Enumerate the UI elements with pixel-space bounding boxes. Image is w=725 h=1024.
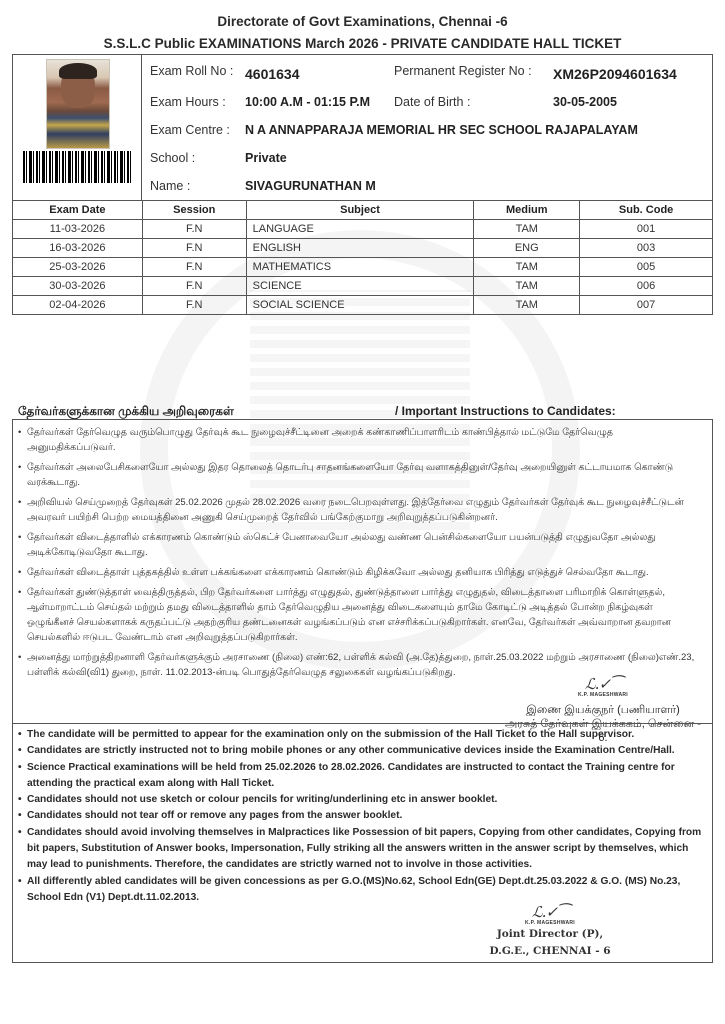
sub-code: 005: [580, 258, 713, 277]
tamil-instructions-list: தேர்வர்கள் தேர்வெழுத வரும்பொழுது தேர்வுக…: [13, 420, 712, 680]
header-exam-title: S.S.L.C Public EXAMINATIONS March 2026 -…: [0, 36, 725, 51]
table-row: 16-03-2026 F.N ENGLISH ENG 003: [13, 239, 713, 258]
dob-value: 30-05-2005: [553, 95, 617, 109]
photo-hair: [59, 63, 97, 79]
tamil-instruction-item: தேர்வர்கள் அலைபேசிகளையோ அல்லது இதர தொலைத…: [13, 460, 698, 490]
photo-column: [13, 55, 142, 200]
signatory-designation-tamil: இணை இயக்குநர் (பணியாளர்): [503, 704, 703, 718]
table-row: 25-03-2026 F.N MATHEMATICS TAM 005: [13, 258, 713, 277]
candidate-photo-icon: [46, 59, 110, 149]
medium: TAM: [474, 220, 580, 239]
english-instruction-item: Candidates should not tear off or remove…: [13, 808, 704, 824]
dob-label: Date of Birth :: [394, 95, 470, 109]
subject: MATHEMATICS: [246, 258, 474, 277]
subject: SCIENCE: [246, 277, 474, 296]
medium: ENG: [474, 239, 580, 258]
tamil-instruction-item: தேர்வர்கள் துண்டுத்தாள் வைத்திருத்தல், ப…: [13, 585, 698, 645]
tamil-instruction-item: தேர்வர்கள் விடைத்தாளில் எக்காரணம் கொண்டு…: [13, 530, 698, 560]
subject: LANGUAGE: [246, 220, 474, 239]
header-exam-date: Exam Date: [13, 201, 143, 220]
sub-code: 007: [580, 296, 713, 315]
signatory-designation: Joint Director (P),: [470, 926, 630, 943]
header-directorate: Directorate of Govt Examinations, Chenna…: [0, 14, 725, 29]
tamil-instruction-item: தேர்வர்கள் விடைத்தாள் புத்தகத்தில் உள்ள …: [13, 565, 698, 580]
signatory-office: D.G.E., CHENNAI - 6: [470, 943, 630, 960]
session: F.N: [142, 220, 246, 239]
school-value: Private: [245, 151, 287, 165]
session: F.N: [142, 296, 246, 315]
header-session: Session: [142, 201, 246, 220]
instructions-title-english: / Important Instructions to Candidates:: [395, 404, 616, 418]
schedule-header-row: Exam Date Session Subject Medium Sub. Co…: [13, 201, 713, 220]
subject: SOCIAL SCIENCE: [246, 296, 474, 315]
session: F.N: [142, 258, 246, 277]
medium: TAM: [474, 258, 580, 277]
roll-no-value: 4601634: [245, 66, 300, 82]
signatory-name: K.P. MAGESHWARI: [503, 692, 703, 698]
table-row: 11-03-2026 F.N LANGUAGE TAM 001: [13, 220, 713, 239]
school-label: School :: [150, 151, 195, 165]
table-row: 30-03-2026 F.N SCIENCE TAM 006: [13, 277, 713, 296]
prn-label: Permanent Register No :: [394, 64, 532, 78]
header-sub-code: Sub. Code: [580, 201, 713, 220]
header-medium: Medium: [474, 201, 580, 220]
instructions-title-tamil: தேர்வர்களுக்கான முக்கிய அறிவுரைகள்: [18, 404, 234, 420]
exam-date: 11-03-2026: [13, 220, 143, 239]
exam-date: 25-03-2026: [13, 258, 143, 277]
english-instruction-item: Science Practical examinations will be h…: [13, 760, 704, 793]
barcode-icon: [23, 151, 131, 183]
english-instruction-item: The candidate will be permitted to appea…: [13, 727, 704, 743]
english-instruction-item: All differently abled candidates will be…: [13, 874, 704, 907]
session: F.N: [142, 277, 246, 296]
roll-no-label: Exam Roll No :: [150, 64, 233, 78]
medium: TAM: [474, 277, 580, 296]
sub-code: 003: [580, 239, 713, 258]
name-value: SIVAGURUNATHAN M: [245, 179, 376, 193]
exam-centre-label: Exam Centre :: [150, 123, 230, 137]
english-instruction-item: Candidates should avoid involving themse…: [13, 825, 704, 874]
english-signature-block: ℒ.✓⁀ K.P. MAGESHWARI Joint Director (P),…: [470, 904, 630, 960]
subject: ENGLISH: [246, 239, 474, 258]
header-subject: Subject: [246, 201, 474, 220]
medium: TAM: [474, 296, 580, 315]
english-instruction-item: Candidates should not use sketch or colo…: [13, 792, 704, 808]
exam-date: 30-03-2026: [13, 277, 143, 296]
exam-hours-label: Exam Hours :: [150, 95, 226, 109]
name-label: Name :: [150, 179, 190, 193]
prn-value: XM26P2094601634: [553, 66, 677, 82]
signature-icon: ℒ.✓⁀: [470, 904, 630, 920]
english-instructions-list: The candidate will be permitted to appea…: [13, 724, 712, 906]
candidate-info-box: Exam Roll No : 4601634 Permanent Registe…: [12, 54, 713, 201]
tamil-instruction-item: தேர்வர்கள் தேர்வெழுத வரும்பொழுது தேர்வுக…: [13, 425, 698, 455]
table-row: 02-04-2026 F.N SOCIAL SCIENCE TAM 007: [13, 296, 713, 315]
exam-date: 16-03-2026: [13, 239, 143, 258]
session: F.N: [142, 239, 246, 258]
sub-code: 001: [580, 220, 713, 239]
tamil-instruction-item: அறிவியல் செய்முறைத் தேர்வுகள் 25.02.2026…: [13, 495, 698, 525]
signature-icon: ℒ.✓⁀: [503, 676, 703, 692]
sub-code: 006: [580, 277, 713, 296]
exam-centre-value: N A ANNAPPARAJA MEMORIAL HR SEC SCHOOL R…: [245, 123, 638, 137]
english-instruction-item: Candidates are strictly instructed not t…: [13, 743, 704, 759]
exam-schedule-table: Exam Date Session Subject Medium Sub. Co…: [12, 200, 713, 315]
exam-hours-value: 10:00 A.M - 01:15 P.M: [245, 95, 370, 109]
exam-date: 02-04-2026: [13, 296, 143, 315]
